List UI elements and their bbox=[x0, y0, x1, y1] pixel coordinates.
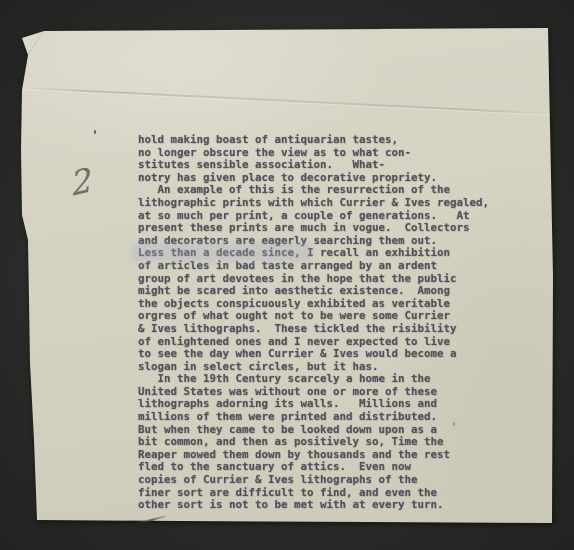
typed-line: lithographic prints with which Currier &… bbox=[138, 197, 489, 210]
erasure-smudge bbox=[134, 245, 310, 260]
crease-line bbox=[25, 87, 550, 115]
typed-line: other sort is not to be met with at ever… bbox=[138, 499, 489, 512]
typed-line: millions of them were printed and distri… bbox=[138, 411, 489, 424]
typed-line: copies of Currier & Ives lithographs of … bbox=[138, 474, 489, 487]
typed-text-block: hold making boast of antiquarian tastes,… bbox=[138, 134, 489, 512]
typed-line: bit common, and then as positively so, T… bbox=[138, 436, 489, 449]
paper-speck bbox=[94, 130, 96, 134]
typewritten-page: hold making boast of antiquarian tastes,… bbox=[20, 26, 556, 526]
typed-line: to see the day when Currier & Ives would… bbox=[138, 348, 489, 361]
typed-line: stitutes sensible association. What- bbox=[138, 159, 489, 172]
paper-speck bbox=[453, 422, 455, 426]
page-number-annotation: 2 bbox=[71, 161, 94, 202]
scan-background: hold making boast of antiquarian tastes,… bbox=[0, 0, 574, 550]
paper-shadow-wrap: hold making boast of antiquarian tastes,… bbox=[20, 26, 556, 526]
typed-line: might be scared into aesthetic existence… bbox=[138, 285, 489, 298]
typed-line: & Ives lithographs. These tickled the ri… bbox=[138, 323, 489, 336]
typed-line: hold making boast of antiquarian tastes, bbox=[138, 134, 489, 147]
typed-line: In the 19th Century scarcely a home in t… bbox=[138, 373, 489, 386]
typed-line: of articles in bad taste arranged by an … bbox=[138, 260, 489, 273]
typed-line: present these prints are much in vogue. … bbox=[138, 222, 489, 235]
